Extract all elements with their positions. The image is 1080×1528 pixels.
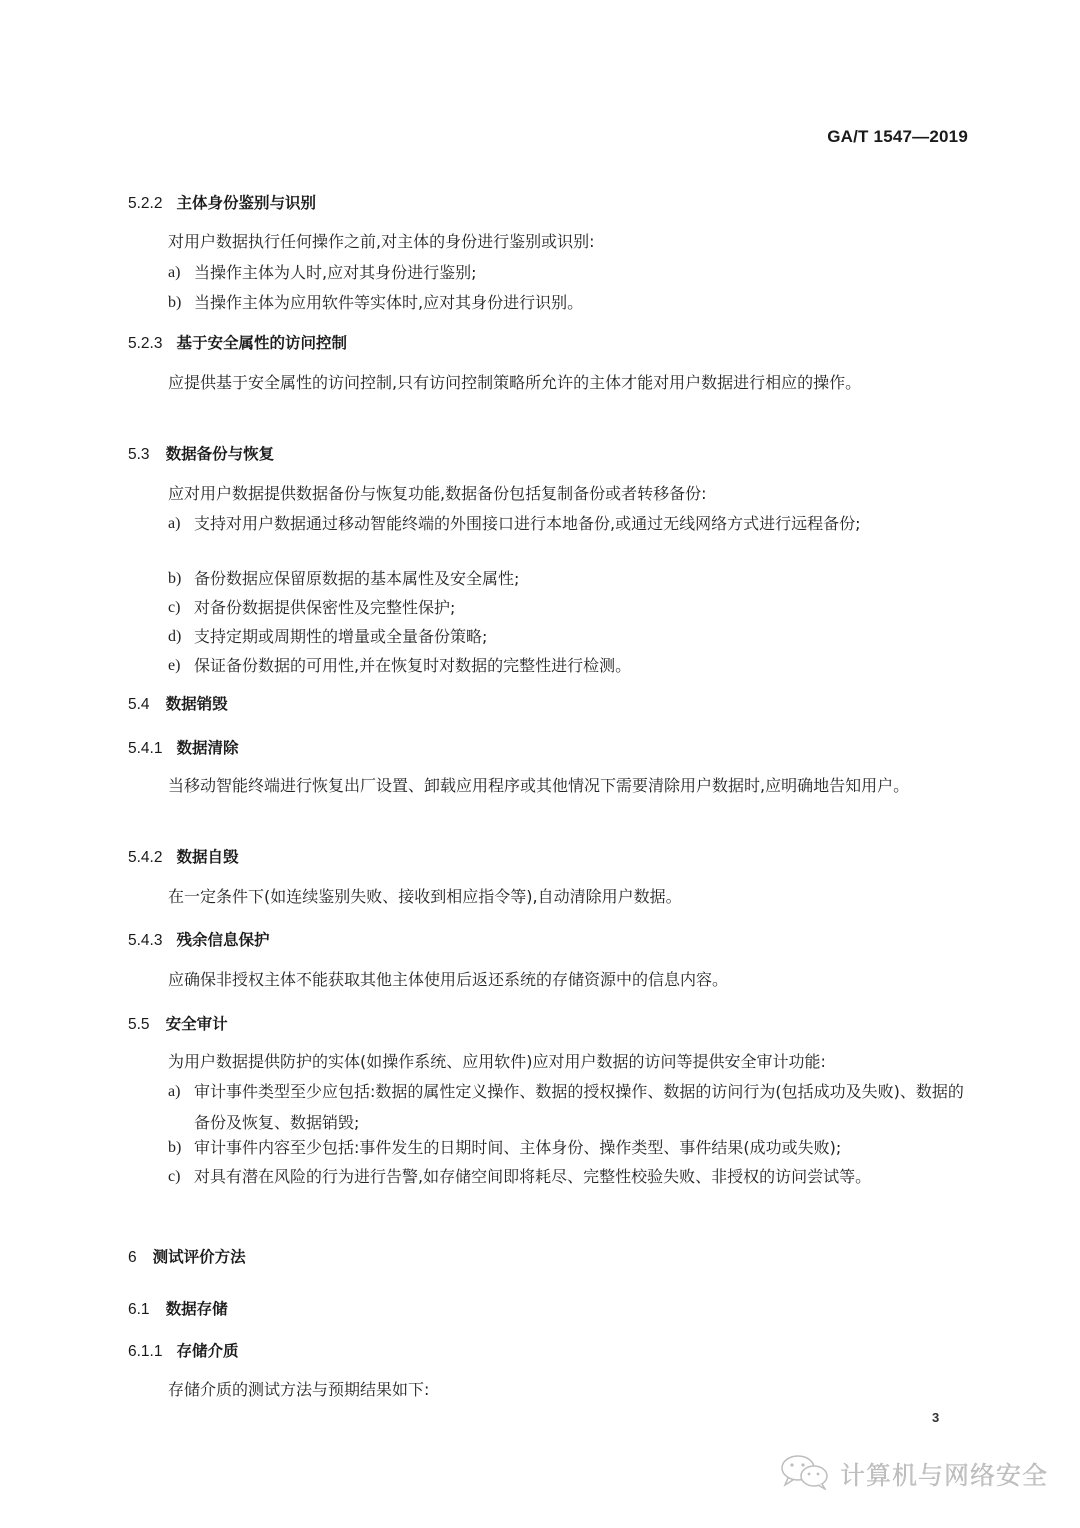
- section-number: 5.2.3: [128, 335, 162, 353]
- section-number: 5.4: [128, 696, 150, 714]
- list-marker: e): [168, 650, 180, 681]
- list-item-text: 支持定期或周期性的增量或全量备份策略;: [194, 627, 487, 646]
- section-number: 5.4.3: [128, 932, 162, 950]
- section-number: 6.1: [128, 1301, 150, 1319]
- section-heading-5-4-2: 5.4.2数据自毁: [128, 845, 239, 867]
- section-title: 安全审计: [166, 1015, 228, 1033]
- list-marker: c): [168, 1161, 180, 1192]
- list-item-text: 审计事件类型至少应包括:数据的属性定义操作、数据的授权操作、数据的访问行为(包括…: [194, 1082, 964, 1132]
- section-number: 5.3: [128, 446, 150, 464]
- list-item: a)支持对用户数据通过移动智能终端的外围接口进行本地备份,或通过无线网络方式进行…: [168, 508, 970, 539]
- document-page: GA/T 1547—2019 5.2.2主体身份鉴别与识别 对用户数据执行任何操…: [0, 0, 1080, 1528]
- section-paragraph: 对用户数据执行任何操作之前,对主体的身份进行鉴别或识别:: [128, 226, 970, 257]
- section-paragraph: 在一定条件下(如连续鉴别失败、接收到相应指令等),自动清除用户数据。: [128, 881, 970, 912]
- section-title: 数据清除: [176, 739, 238, 757]
- section-heading-5-4-3: 5.4.3残余信息保护: [128, 928, 270, 950]
- list-marker: b): [168, 287, 181, 318]
- section-paragraph: 应对用户数据提供数据备份与恢复功能,数据备份包括复制备份或者转移备份:: [128, 478, 970, 509]
- section-title: 数据销毁: [166, 695, 228, 713]
- list-item: b)审计事件内容至少包括:事件发生的日期时间、主体身份、操作类型、事件结果(成功…: [168, 1132, 970, 1163]
- list-item-text: 审计事件内容至少包括:事件发生的日期时间、主体身份、操作类型、事件结果(成功或失…: [194, 1138, 841, 1157]
- section-heading-5-4: 5.4数据销毁: [128, 692, 228, 714]
- list-item-text: 支持对用户数据通过移动智能终端的外围接口进行本地备份,或通过无线网络方式进行远程…: [194, 514, 860, 533]
- list-item-text: 对备份数据提供保密性及完整性保护;: [194, 598, 455, 617]
- list-marker: a): [168, 257, 180, 288]
- list-marker: b): [168, 1132, 181, 1163]
- page-number: 3: [932, 1410, 939, 1425]
- list-marker: c): [168, 592, 180, 623]
- list-item: a)审计事件类型至少应包括:数据的属性定义操作、数据的授权操作、数据的访问行为(…: [168, 1076, 970, 1138]
- list-item-text: 当操作主体为人时,应对其身份进行鉴别;: [194, 263, 476, 282]
- section-title: 残余信息保护: [176, 931, 269, 949]
- section-title: 数据自毁: [176, 848, 238, 866]
- watermark-text: 计算机与网络安全: [840, 1456, 1048, 1492]
- list-item: e)保证备份数据的可用性,并在恢复时对数据的完整性进行检测。: [168, 650, 970, 681]
- list-item: c)对备份数据提供保密性及完整性保护;: [168, 592, 970, 623]
- section-heading-5-3: 5.3数据备份与恢复: [128, 442, 274, 464]
- section-number: 5.4.1: [128, 740, 162, 758]
- section-paragraph: 应确保非授权主体不能获取其他主体使用后返还系统的存储资源中的信息内容。: [128, 964, 970, 995]
- section-title: 数据存储: [166, 1300, 228, 1318]
- list-marker: d): [168, 621, 181, 652]
- list-item: a)当操作主体为人时,应对其身份进行鉴别;: [168, 257, 970, 288]
- list-item-text: 备份数据应保留原数据的基本属性及安全属性;: [194, 569, 519, 588]
- section-number: 5.5: [128, 1016, 150, 1034]
- section-heading-5-2-3: 5.2.3基于安全属性的访问控制: [128, 331, 347, 353]
- section-heading-5-5: 5.5安全审计: [128, 1012, 228, 1034]
- section-title: 主体身份鉴别与识别: [176, 194, 316, 212]
- wechat-icon: [780, 1454, 832, 1494]
- standard-code: GA/T 1547—2019: [827, 127, 968, 147]
- section-paragraph: 存储介质的测试方法与预期结果如下:: [128, 1374, 970, 1405]
- section-heading-6: 6测试评价方法: [128, 1245, 246, 1267]
- list-item-text: 对具有潜在风险的行为进行告警,如存储空间即将耗尽、完整性校验失败、非授权的访问尝…: [194, 1167, 871, 1186]
- section-title: 存储介质: [176, 1342, 238, 1360]
- section-paragraph: 为用户数据提供防护的实体(如操作系统、应用软件)应对用户数据的访问等提供安全审计…: [128, 1046, 970, 1077]
- section-title: 基于安全属性的访问控制: [176, 334, 347, 352]
- section-heading-6-1: 6.1数据存储: [128, 1297, 228, 1319]
- section-number: 5.2.2: [128, 195, 162, 213]
- watermark: 计算机与网络安全: [780, 1454, 1048, 1494]
- list-marker: a): [168, 1076, 180, 1107]
- list-marker: a): [168, 508, 180, 539]
- list-marker: b): [168, 563, 181, 594]
- list-item: c)对具有潜在风险的行为进行告警,如存储空间即将耗尽、完整性校验失败、非授权的访…: [168, 1161, 970, 1192]
- section-paragraph: 当移动智能终端进行恢复出厂设置、卸载应用程序或其他情况下需要清除用户数据时,应明…: [128, 770, 970, 801]
- list-item-text: 保证备份数据的可用性,并在恢复时对数据的完整性进行检测。: [194, 656, 631, 675]
- section-heading-5-4-1: 5.4.1数据清除: [128, 736, 239, 758]
- section-number: 6.1.1: [128, 1343, 162, 1361]
- section-heading-6-1-1: 6.1.1存储介质: [128, 1339, 239, 1361]
- list-item: b)当操作主体为应用软件等实体时,应对其身份进行识别。: [168, 287, 970, 318]
- list-item: b)备份数据应保留原数据的基本属性及安全属性;: [168, 563, 970, 594]
- section-number: 6: [128, 1249, 137, 1267]
- section-title: 数据备份与恢复: [166, 445, 275, 463]
- section-title: 测试评价方法: [153, 1248, 246, 1266]
- section-paragraph: 应提供基于安全属性的访问控制,只有访问控制策略所允许的主体才能对用户数据进行相应…: [128, 367, 970, 398]
- list-item-text: 当操作主体为应用软件等实体时,应对其身份进行识别。: [194, 293, 583, 312]
- section-number: 5.4.2: [128, 849, 162, 867]
- list-item: d)支持定期或周期性的增量或全量备份策略;: [168, 621, 970, 652]
- section-heading-5-2-2: 5.2.2主体身份鉴别与识别: [128, 191, 316, 213]
